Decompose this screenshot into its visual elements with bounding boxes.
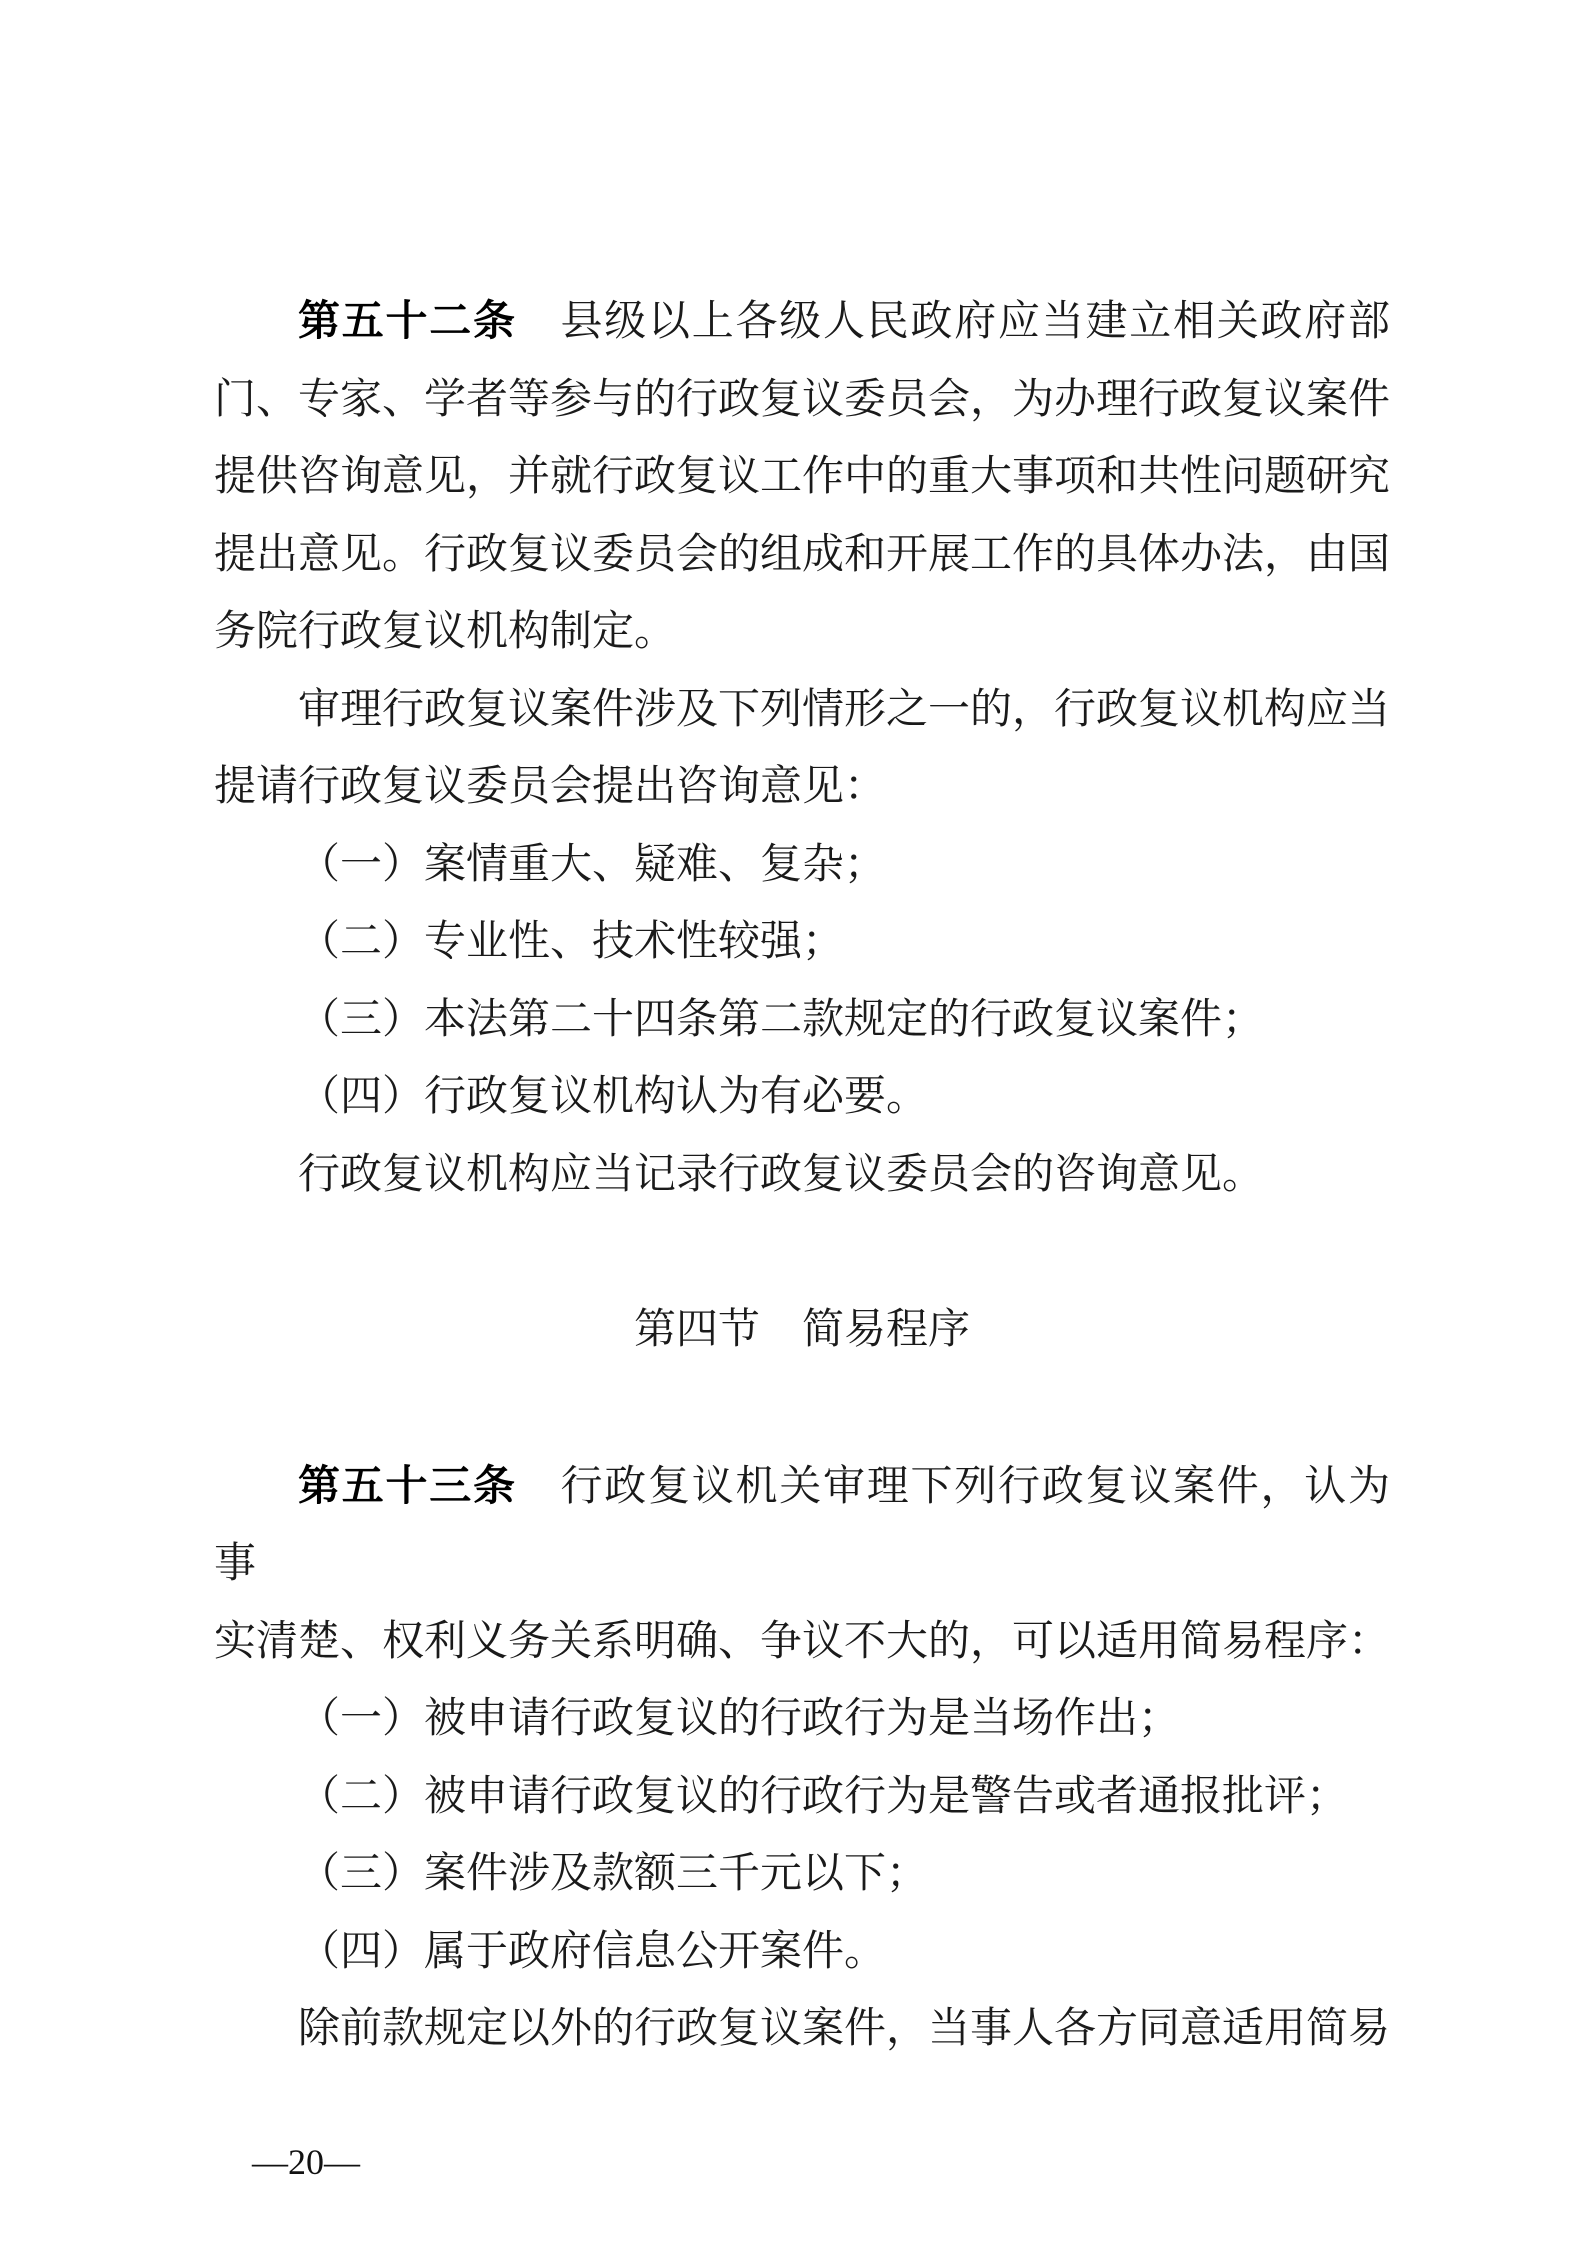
list-item-1: （一）被申请行政复议的行政行为是当场作出； [214, 1681, 1390, 1759]
list-item-1: （一）案情重大、疑难、复杂； [214, 827, 1390, 905]
text-line: 提出意见。行政复议委员会的组成和开展工作的具体办法，由国 [214, 517, 1390, 595]
text-line: 务院行政复议机构制定。 [214, 594, 1390, 672]
list-item-4: （四）行政复议机构认为有必要。 [214, 1059, 1390, 1137]
text-line: 行政复议机构应当记录行政复议委员会的咨询意见。 [214, 1137, 1390, 1215]
article-53-opening-line: 第五十三条 行政复议机关审理下列行政复议案件，认为事 [214, 1447, 1390, 1604]
list-item-4: （四）属于政府信息公开案件。 [214, 1914, 1390, 1992]
text-line: 实清楚、权利义务关系明确、争议不大的，可以适用简易程序： [214, 1604, 1390, 1682]
article-53-number: 第五十三条 [298, 1462, 517, 1509]
list-item-3: （三）本法第二十四条第二款规定的行政复议案件； [214, 982, 1390, 1060]
article-52-opening-line: 第五十二条 县级以上各级人民政府应当建立相关政府部 [214, 282, 1390, 362]
document-body: 第五十二条 县级以上各级人民政府应当建立相关政府部 门、专家、学者等参与的行政复… [214, 282, 1390, 2069]
document-page: 第五十二条 县级以上各级人民政府应当建立相关政府部 门、专家、学者等参与的行政复… [0, 0, 1587, 2245]
article-52-text: 县级以上各级人民政府应当建立相关政府部 [517, 299, 1390, 345]
text-line: 提供咨询意见，并就行政复议工作中的重大事项和共性问题研究 [214, 439, 1390, 517]
text-line: 审理行政复议案件涉及下列情形之一的，行政复议机构应当 [214, 672, 1390, 750]
page-number: —20— [252, 2140, 360, 2184]
text-line: 提请行政复议委员会提出咨询意见： [214, 749, 1390, 827]
article-52-number: 第五十二条 [298, 297, 517, 344]
text-line: 门、专家、学者等参与的行政复议委员会，为办理行政复议案件 [214, 362, 1390, 440]
text-line: 除前款规定以外的行政复议案件，当事人各方同意适用简易 [214, 1991, 1390, 2069]
section-4-heading: 第四节 简易程序 [214, 1292, 1390, 1370]
list-item-2: （二）专业性、技术性较强； [214, 904, 1390, 982]
list-item-3: （三）案件涉及款额三千元以下； [214, 1836, 1390, 1914]
list-item-2: （二）被申请行政复议的行政行为是警告或者通报批评； [214, 1759, 1390, 1837]
